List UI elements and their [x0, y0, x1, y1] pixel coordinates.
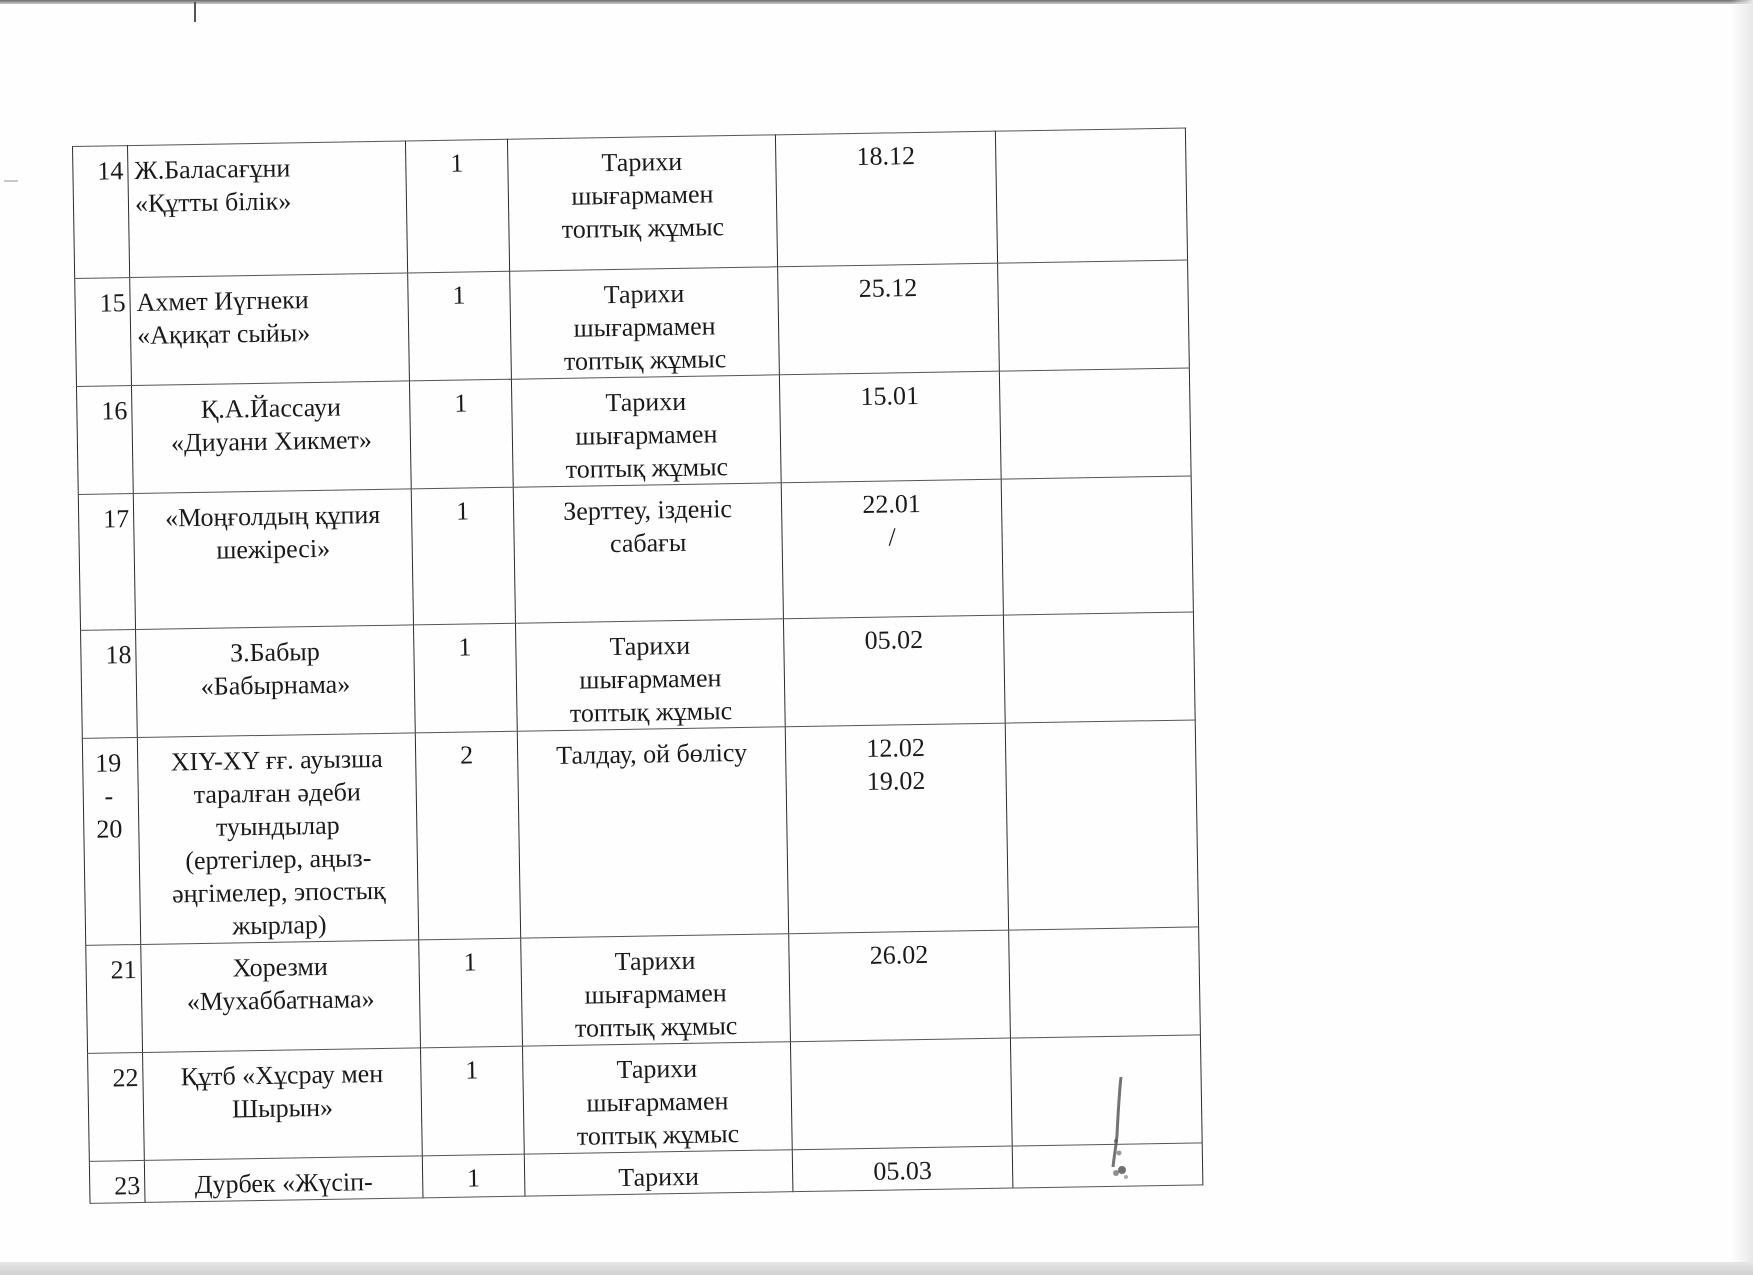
- method-text: Тарихи: [525, 1158, 793, 1195]
- method-text: Зерттеу, ізденіс: [514, 491, 782, 528]
- hours-value: 2: [460, 740, 473, 769]
- topic-cell: XIY-XY ғғ. ауызшатаралған әдебитуындылар…: [137, 733, 418, 945]
- topic-text: «Диуани Хикмет»: [137, 423, 407, 460]
- hours-value: 1: [454, 388, 467, 417]
- date-cell: 26.02: [789, 930, 1011, 1042]
- lesson-number: 22: [88, 1061, 139, 1095]
- lesson-number-cell: 17: [78, 494, 135, 631]
- method-text: Тарихи: [512, 383, 780, 420]
- method-text: сабағы: [514, 524, 782, 561]
- topic-text: Шырын»: [148, 1089, 418, 1126]
- note-cell: [995, 128, 1187, 263]
- method-text: шығармамен: [511, 308, 779, 345]
- scan-mark: [4, 180, 18, 182]
- lesson-number-cell: 19-20: [82, 737, 140, 945]
- date-value: 05.03: [793, 1153, 1013, 1190]
- hours-value: 1: [463, 947, 476, 976]
- topic-text: «Құтты білік»: [135, 183, 403, 220]
- method-text: шығармамен: [522, 975, 790, 1012]
- method-cell: Тарихи: [524, 1150, 793, 1196]
- table-row: 14Ж.Баласағұни«Құтты білік»1Тарихишығарм…: [73, 128, 1188, 278]
- method-text: Талдау, ой бөлісу: [518, 735, 786, 772]
- lesson-number: -: [84, 779, 135, 813]
- hours-cell: 1: [422, 1154, 525, 1198]
- lesson-number-cell: 16: [76, 386, 133, 495]
- hours-cell: 1: [405, 139, 509, 273]
- hours-cell: 1: [411, 487, 515, 625]
- lesson-number: 21: [86, 953, 137, 987]
- table-row: 15Ахмет Иүгнеки«Ақиқат сыйы»1Тарихишығар…: [75, 260, 1190, 386]
- method-cell: Тарихишығармаментоптық жұмыс: [510, 267, 780, 379]
- topic-text: «Ақиқат сыйы»: [137, 315, 405, 352]
- topic-text: шежіресі»: [138, 530, 408, 567]
- topic-text: З.Бабыр: [140, 633, 410, 670]
- lesson-number: 23: [90, 1169, 141, 1203]
- date-cell: 25.12: [778, 263, 1000, 375]
- hours-cell: 1: [409, 379, 513, 489]
- hours-value: 1: [467, 1163, 480, 1192]
- date-cell: 12.0219.02: [785, 723, 1008, 934]
- lesson-number-cell: 21: [86, 944, 143, 1053]
- lesson-number: 15: [75, 286, 126, 320]
- topic-cell: Ахмет Иүгнеки«Ақиқат сыйы»: [130, 273, 410, 386]
- date-value: 25.12: [778, 270, 998, 307]
- hours-value: 1: [452, 280, 465, 309]
- topic-cell: Дурбек «Жүсіп-: [144, 1156, 423, 1203]
- topic-cell: Құтб «Хұсрау менШырын»: [143, 1048, 423, 1161]
- hours-cell: 1: [408, 271, 512, 381]
- lesson-number: 19: [83, 746, 134, 780]
- topic-text: Дурбек «Жүсіп-: [149, 1164, 419, 1201]
- topic-text: «Моңғолдың құпия: [138, 497, 408, 534]
- method-text: шығармамен: [517, 660, 785, 697]
- note-cell: [998, 260, 1190, 371]
- table-row: 18З.Бабыр«Бабырнама»1Тарихишығармаментоп…: [81, 612, 1196, 738]
- note-cell: [1012, 1143, 1203, 1188]
- table-row: 16Қ.А.Йассауи«Диуани Хикмет»1Тарихишығар…: [76, 368, 1191, 494]
- lesson-number-cell: 18: [81, 630, 138, 739]
- lesson-number-cell: 14: [73, 146, 130, 279]
- lesson-number: 17: [79, 502, 130, 536]
- table-row: 19-20XIY-XY ғғ. ауызшатаралған әдебитуын…: [82, 720, 1198, 945]
- note-cell: [1005, 720, 1198, 930]
- topic-cell: Ж.Баласағұни«Құтты білік»: [128, 141, 408, 278]
- topic-text: Ахмет Иүгнеки: [136, 282, 404, 319]
- hours-cell: 1: [421, 1046, 525, 1156]
- method-cell: Талдау, ой бөлісу: [517, 727, 788, 938]
- method-text: шығармамен: [509, 176, 777, 213]
- lesson-plan-table: 14Ж.Баласағұни«Құтты білік»1Тарихишығарм…: [72, 128, 1203, 1204]
- hours-cell: 1: [413, 623, 517, 733]
- topic-text: жырлар): [145, 906, 415, 943]
- method-text: топтық жұмыс: [517, 693, 785, 730]
- hours-value: 1: [465, 1055, 478, 1084]
- scanned-page: 14Ж.Баласағұни«Құтты білік»1Тарихишығарм…: [0, 0, 1753, 1275]
- method-cell: Тарихишығармаментоптық жұмыс: [511, 375, 781, 487]
- date-cell: 15.01: [779, 371, 1001, 483]
- method-cell: Зерттеу, ізденіссабағы: [513, 483, 783, 623]
- table-row: 17«Моңғолдың құпияшежіресі»1Зерттеу, ізд…: [78, 476, 1193, 630]
- method-text: топтық жұмыс: [522, 1008, 790, 1045]
- topic-cell: З.Бабыр«Бабырнама»: [136, 625, 416, 738]
- method-text: топтық жұмыс: [509, 209, 777, 246]
- method-text: топтық жұмыс: [513, 449, 781, 486]
- note-cell: [1001, 476, 1193, 615]
- scan-bottom-edge: [0, 1262, 1753, 1275]
- date-value: 19.02: [786, 763, 1006, 800]
- topic-text: «Мухаббатнама»: [146, 981, 416, 1018]
- method-text: Тарихи: [510, 275, 778, 312]
- topic-cell: «Моңғолдың құпияшежіресі»: [133, 489, 413, 630]
- method-text: Тарихи: [523, 1050, 791, 1087]
- method-cell: Тарихишығармаментоптық жұмыс: [522, 1042, 792, 1154]
- lesson-number: 18: [81, 638, 132, 672]
- method-text: Тарихи: [516, 627, 784, 664]
- date-cell: 05.03: [792, 1146, 1013, 1192]
- scan-top-edge: [0, 0, 1753, 4]
- date-cell: 18.12: [775, 131, 997, 267]
- method-cell: Тарихишығармаментоптық жұмыс: [507, 135, 777, 271]
- method-text: топтық жұмыс: [524, 1116, 792, 1153]
- date-value: 22.01: [782, 486, 1002, 523]
- hours-value: 1: [458, 632, 471, 661]
- topic-text: Құтб «Хұсрау мен: [147, 1056, 417, 1093]
- date-cell: [790, 1038, 1012, 1150]
- topic-text: әңгімелер, эпостық: [144, 873, 414, 910]
- lesson-number: 14: [73, 154, 124, 188]
- hours-cell: 1: [419, 938, 523, 1048]
- topic-text: «Бабырнама»: [141, 666, 411, 703]
- lesson-number-cell: 23: [89, 1160, 145, 1203]
- hours-cell: 2: [415, 731, 520, 940]
- hours-value: 1: [456, 496, 469, 525]
- note-cell: [1003, 612, 1195, 723]
- topic-text: XIY-XY ғғ. ауызша: [142, 741, 412, 778]
- note-cell: [1010, 1035, 1202, 1146]
- table-row: 21Хорезми«Мухаббатнама»1Тарихишығармамен…: [86, 927, 1201, 1053]
- note-cell: [1009, 927, 1201, 1038]
- topic-text: (ертегілер, аңыз-: [144, 840, 414, 877]
- date-value: 12.02: [786, 730, 1006, 767]
- method-text: шығармамен: [513, 416, 781, 453]
- date-value: 26.02: [789, 937, 1009, 974]
- date-value: 18.12: [776, 138, 996, 175]
- lesson-number-cell: 15: [75, 278, 132, 387]
- lesson-plan-table-container: 14Ж.Баласағұни«Құтты білік»1Тарихишығарм…: [72, 128, 1203, 1204]
- topic-cell: Хорезми«Мухаббатнама»: [141, 940, 421, 1053]
- lesson-number: 16: [77, 394, 128, 428]
- method-cell: Тарихишығармаментоптық жұмыс: [521, 934, 791, 1046]
- topic-text: Хорезми: [145, 948, 415, 985]
- note-cell: [999, 368, 1191, 479]
- method-text: Тарихи: [521, 942, 789, 979]
- topic-text: туындылар: [143, 807, 413, 844]
- topic-text: Қ.А.Йассауи: [136, 390, 406, 427]
- method-text: топтық жұмыс: [511, 341, 779, 378]
- method-text: Тарихи: [508, 143, 776, 180]
- date-cell: 05.02: [783, 615, 1005, 727]
- method-text: шығармамен: [524, 1083, 792, 1120]
- topic-text: таралған әдеби: [143, 774, 413, 811]
- table-row: 22Құтб «Хұсрау менШырын»1Тарихишығармаме…: [88, 1035, 1203, 1161]
- method-cell: Тарихишығармаментоптық жұмыс: [515, 619, 785, 731]
- date-cell: 22.01/: [781, 479, 1003, 619]
- date-value: 05.02: [784, 622, 1004, 659]
- hours-value: 1: [450, 149, 463, 178]
- topic-text: Ж.Баласағұни: [134, 150, 402, 187]
- date-value: /: [782, 519, 1002, 556]
- topic-cell: Қ.А.Йассауи«Диуани Хикмет»: [131, 381, 411, 494]
- date-value: 15.01: [780, 378, 1000, 415]
- lesson-number-cell: 22: [88, 1052, 145, 1161]
- lesson-number: 20: [84, 812, 135, 846]
- scan-right-shadow: [1731, 0, 1753, 1275]
- scan-mark: [194, 2, 196, 22]
